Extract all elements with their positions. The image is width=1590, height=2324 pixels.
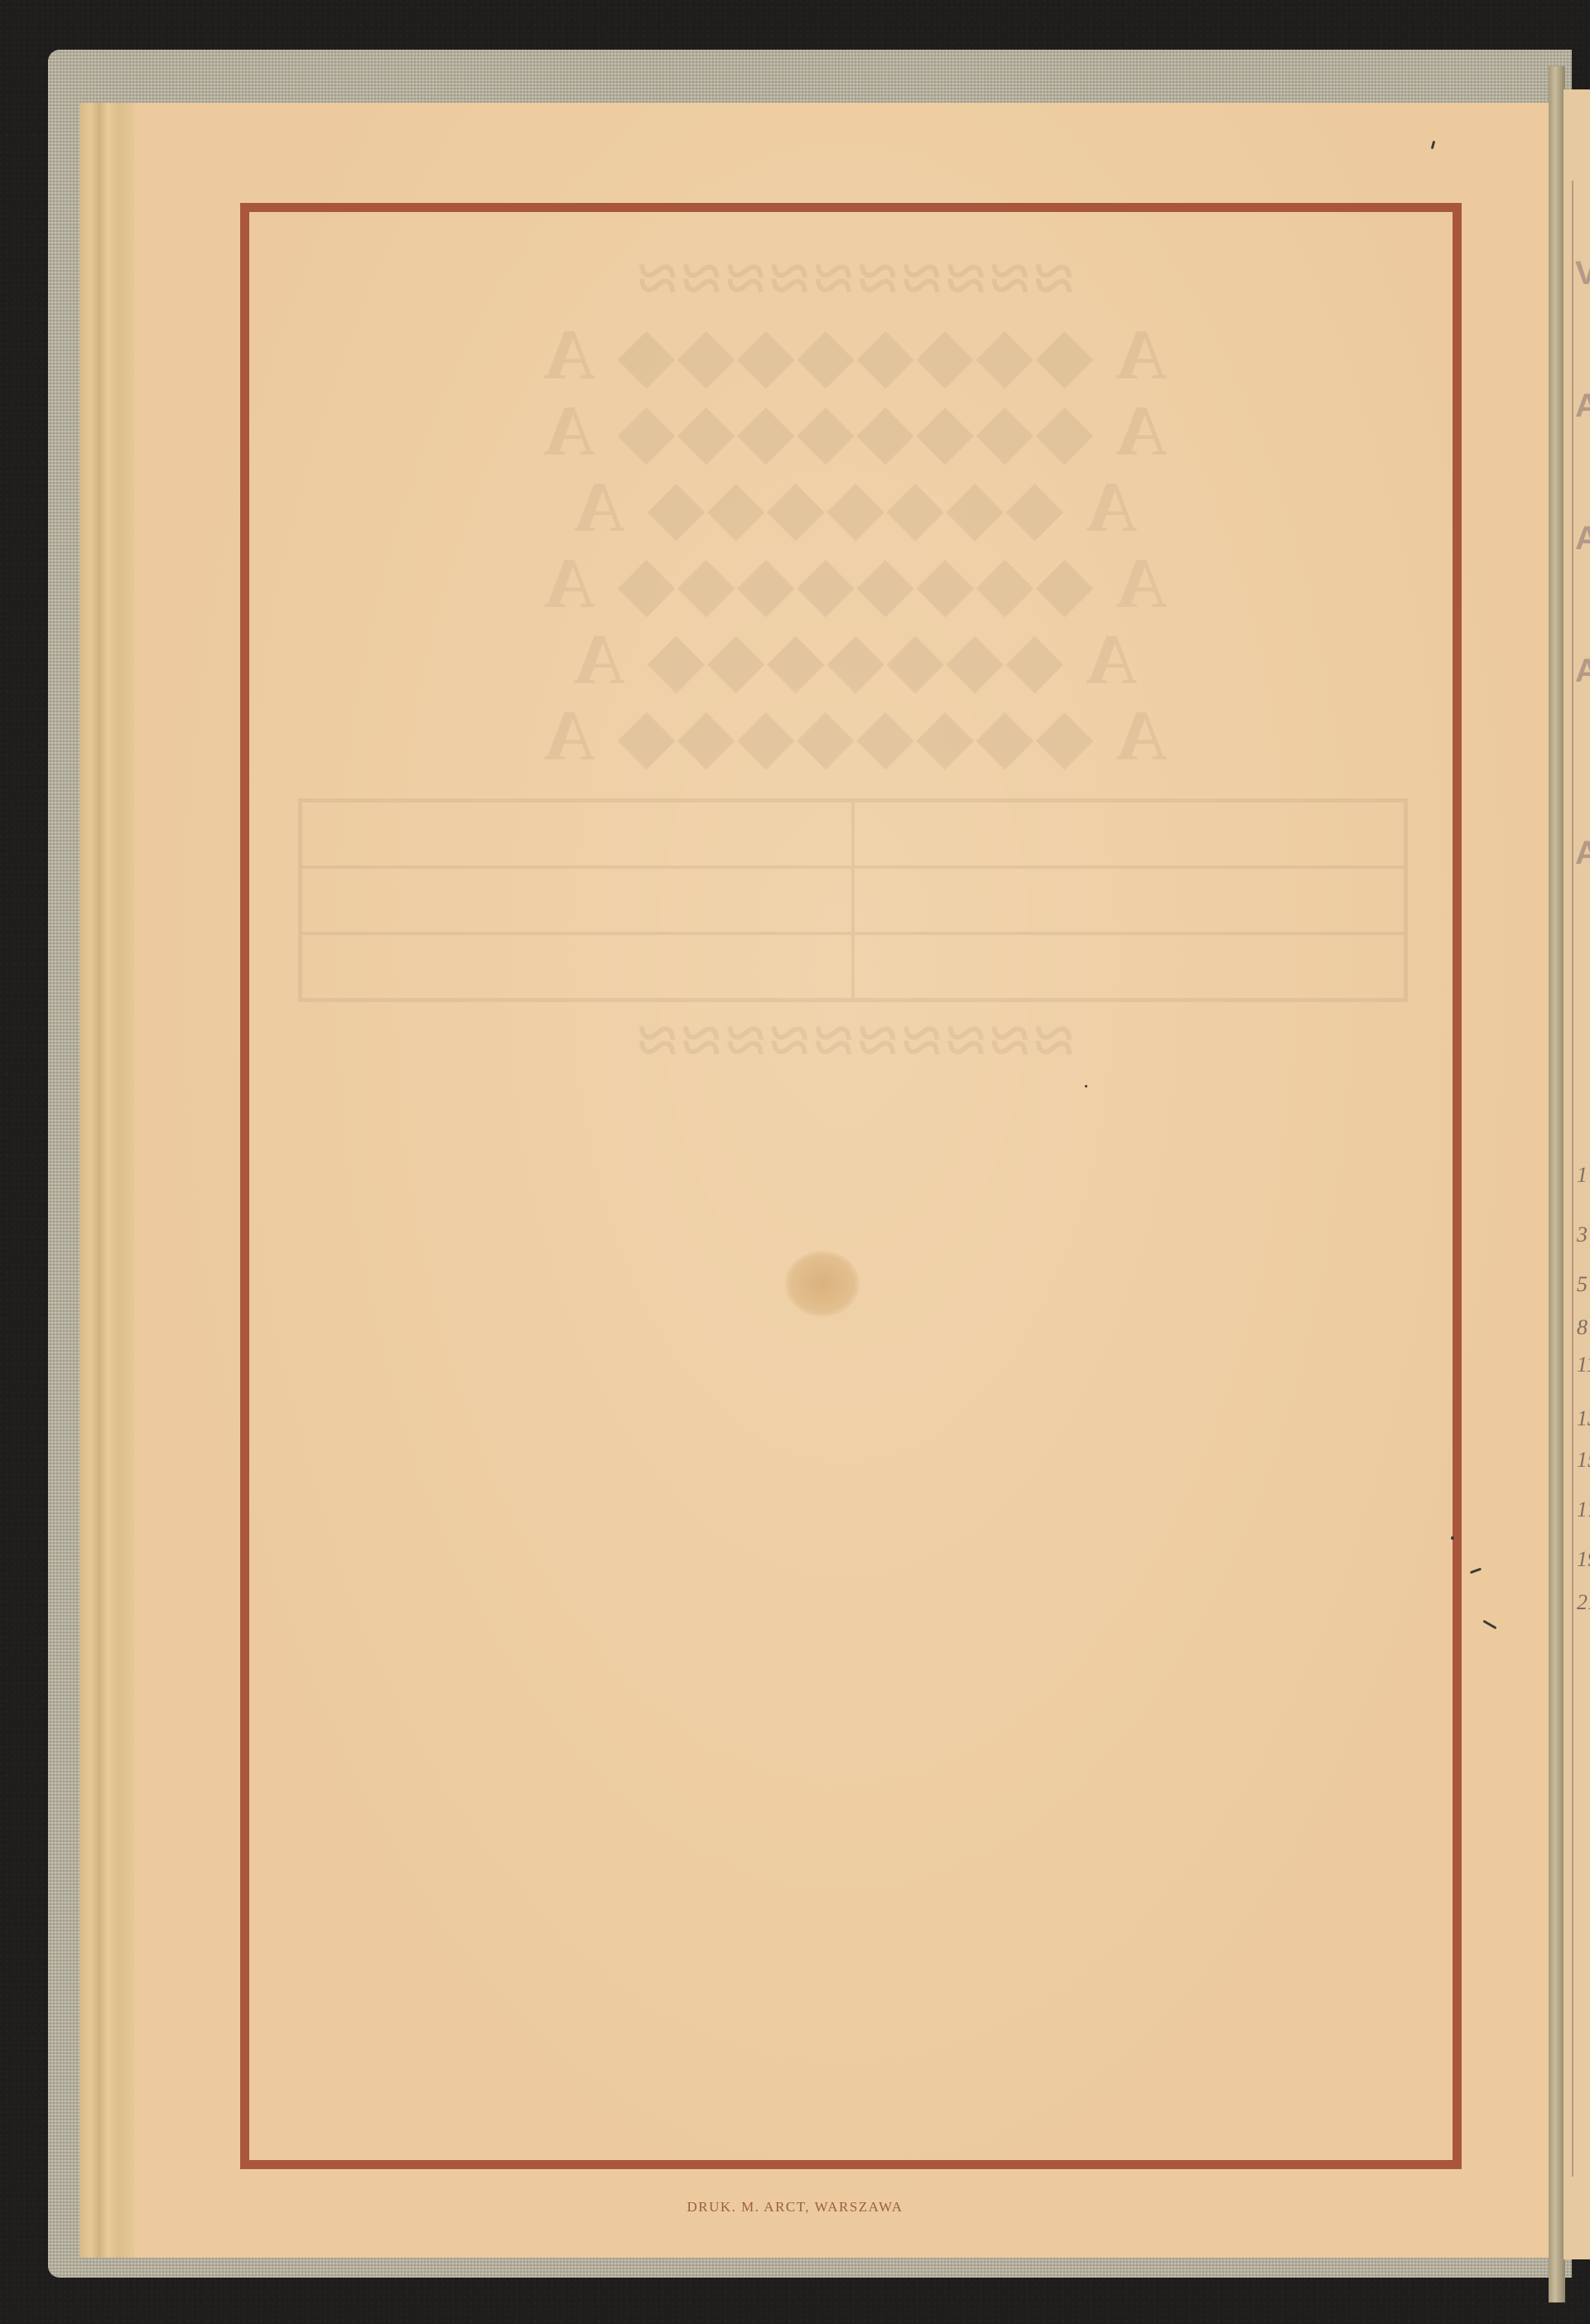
next-page-ornament: A bbox=[1575, 388, 1590, 425]
margin-number: 19 bbox=[1577, 1547, 1590, 1572]
margin-number: 15 bbox=[1577, 1448, 1590, 1473]
printer-imprint: DRUK. M. ARCT, WARSZAWA bbox=[0, 2199, 1590, 2216]
decorative-red-frame bbox=[240, 203, 1462, 2169]
margin-number: 17 bbox=[1577, 1497, 1590, 1522]
paper-stain bbox=[785, 1251, 860, 1317]
margin-number: 3 bbox=[1577, 1222, 1588, 1247]
page-block-edges bbox=[79, 103, 136, 2258]
next-page-ornament: A bbox=[1575, 835, 1590, 872]
next-page-ornament: A bbox=[1575, 520, 1590, 557]
next-page-ornament: A bbox=[1575, 653, 1590, 690]
gutter-shadow bbox=[1549, 66, 1565, 2302]
margin-number: 21 bbox=[1577, 1590, 1590, 1615]
next-page-edge: V A A A A 1 3 5 8 11 13 15 17 19 21 bbox=[1563, 89, 1590, 2259]
margin-number: 11 bbox=[1577, 1352, 1590, 1377]
margin-number: 5 bbox=[1577, 1272, 1588, 1297]
paper-fleck bbox=[1085, 1085, 1087, 1087]
margin-number: 13 bbox=[1577, 1406, 1590, 1431]
paper-fleck bbox=[1451, 1536, 1454, 1540]
margin-number: 1 bbox=[1577, 1163, 1588, 1188]
next-page-rule bbox=[1572, 181, 1573, 2177]
next-page-ornament: V bbox=[1575, 255, 1590, 292]
margin-number: 8 bbox=[1577, 1315, 1588, 1340]
